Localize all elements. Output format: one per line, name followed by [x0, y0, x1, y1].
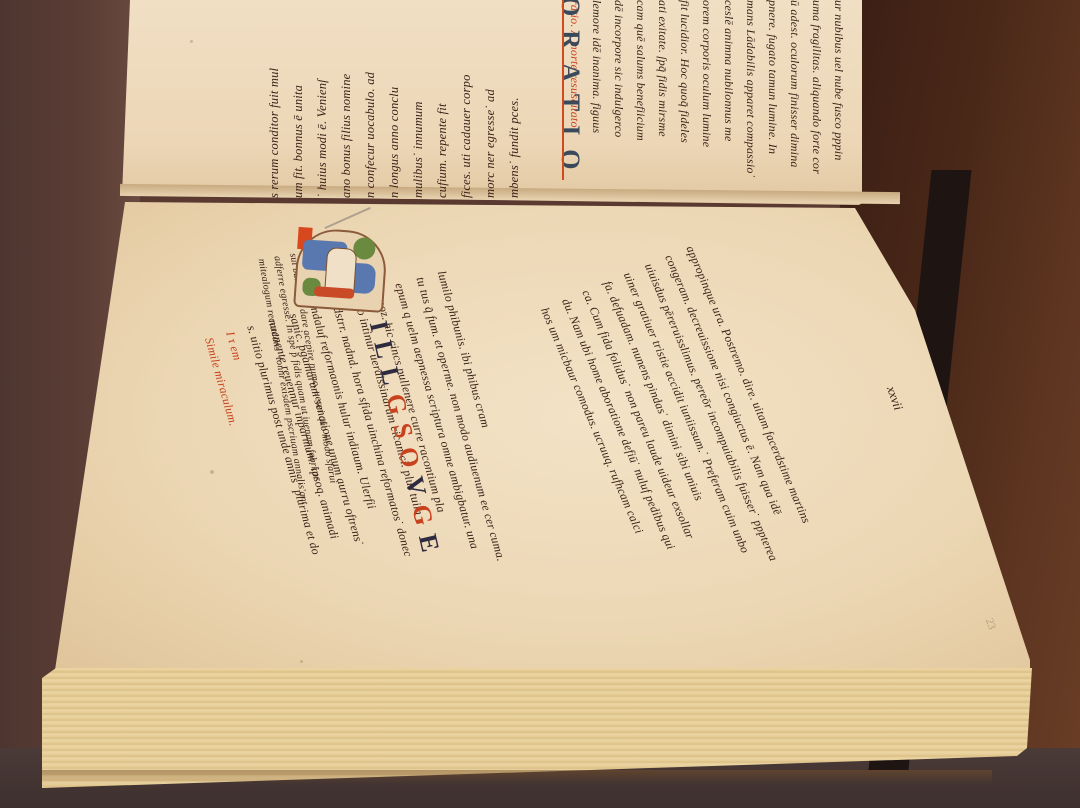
parchment-spot [190, 40, 193, 43]
text-line: orem corporis oculum lumine [696, 0, 718, 178]
text-line: pnere. fugato tamun lumine. In [762, 0, 784, 178]
text-line: n confecur uocabulo. ad [358, 68, 382, 198]
text-line: mbens˙ fundit pces. [502, 68, 526, 198]
illuminated-initial [293, 219, 391, 315]
text-line: uma fragilitas. aliquando forte cor [806, 0, 828, 178]
upper-page-right-column: ur nubibus uel nube fusco pppin uma frag… [564, 0, 850, 178]
upper-display-capitals: ORATIO [555, 0, 585, 184]
text-line: ˙ huius modi ē. Venienſ [310, 68, 334, 198]
text-line: dē incorpore sic indulgerco [608, 0, 630, 178]
page-edge-shadow [42, 770, 992, 784]
text-line: cufium. repente fit [430, 68, 454, 198]
text-line: ati exitate. ſpq̄ fidis mirsme [652, 0, 674, 178]
text-line: ū adest. oculorum finisser dimina [784, 0, 806, 178]
text-line: s rerum conditor fuit mul [262, 68, 286, 198]
red-ruling-line [562, 0, 564, 180]
text-line: cam quē salums benefiicium [630, 0, 652, 178]
text-line: morc ner egresse˙ ad [478, 68, 502, 198]
text-line: mans Lādabilis apparet compassio˙ [740, 0, 762, 178]
text-line: lemore idē inanima. figuus [586, 0, 608, 178]
text-line: um fit. bonnus ē unita [286, 68, 310, 198]
angel-figure-icon [324, 247, 357, 293]
text-line: ur nubibus uel nube fusco pppin [828, 0, 850, 178]
text-line: ceslē animna nubilonnus me [718, 0, 740, 178]
parchment-spot [300, 660, 303, 663]
upper-page-text-column: s rerum conditor fuit mul um fit. bonnus… [262, 68, 526, 198]
text-line: fices. uti cadauer corpo [454, 68, 478, 198]
text-line: ano bonus filius nomine [334, 68, 358, 198]
text-line: n longus anno conclu [382, 68, 406, 198]
text-line: mulibus˙ innumum [406, 68, 430, 198]
text-line: fit lucidior. Hoc quoq̄ fideles [674, 0, 696, 178]
parchment-spot [210, 470, 214, 474]
lower-page [55, 190, 1030, 690]
